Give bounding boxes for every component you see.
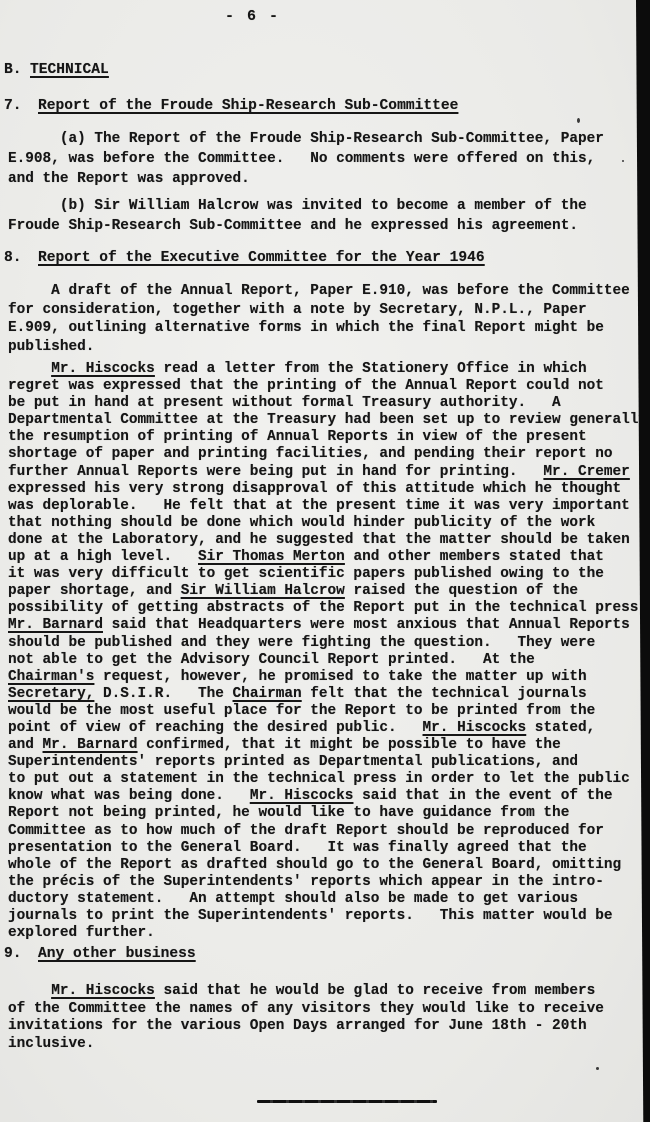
- heading-9-number: 9.: [4, 946, 38, 962]
- document-page: - 6 - B. TECHNICAL 7. Report of the Frou…: [0, 0, 650, 1122]
- paragraph-7a: (a) The Report of the Froude Ship-Resear…: [8, 129, 604, 189]
- scan-speck: [596, 1067, 599, 1070]
- heading-7-title: Report of the Froude Ship-Research Sub-C…: [38, 98, 458, 114]
- heading-item-8: 8. Report of the Executive Committee for…: [4, 250, 485, 266]
- paragraph-7b: (b) Sir William Halcrow was invited to b…: [8, 196, 587, 236]
- page-number: - 6 -: [225, 8, 280, 25]
- paragraph-8-intro: A draft of the Annual Report, Paper E.91…: [8, 282, 630, 356]
- section-title: TECHNICAL: [30, 62, 109, 78]
- heading-8-title: Report of the Executive Committee for th…: [38, 250, 485, 266]
- closing-rule: [257, 1100, 437, 1103]
- heading-7-number: 7.: [4, 98, 38, 114]
- section-heading: B. TECHNICAL: [4, 62, 109, 78]
- section-letter: B.: [4, 62, 30, 78]
- paragraph-9: Mr. Hiscocks said that he would be glad …: [8, 983, 604, 1053]
- heading-item-9: 9. Any other business: [4, 946, 196, 962]
- paragraph-8-discussion: Mr. Hiscocks read a letter from the Stat…: [8, 361, 647, 942]
- scan-speck: [622, 160, 624, 162]
- heading-9-title: Any other business: [38, 946, 196, 962]
- heading-8-number: 8.: [4, 250, 38, 266]
- scan-speck: [577, 118, 580, 123]
- heading-item-7: 7. Report of the Froude Ship-Research Su…: [4, 98, 458, 114]
